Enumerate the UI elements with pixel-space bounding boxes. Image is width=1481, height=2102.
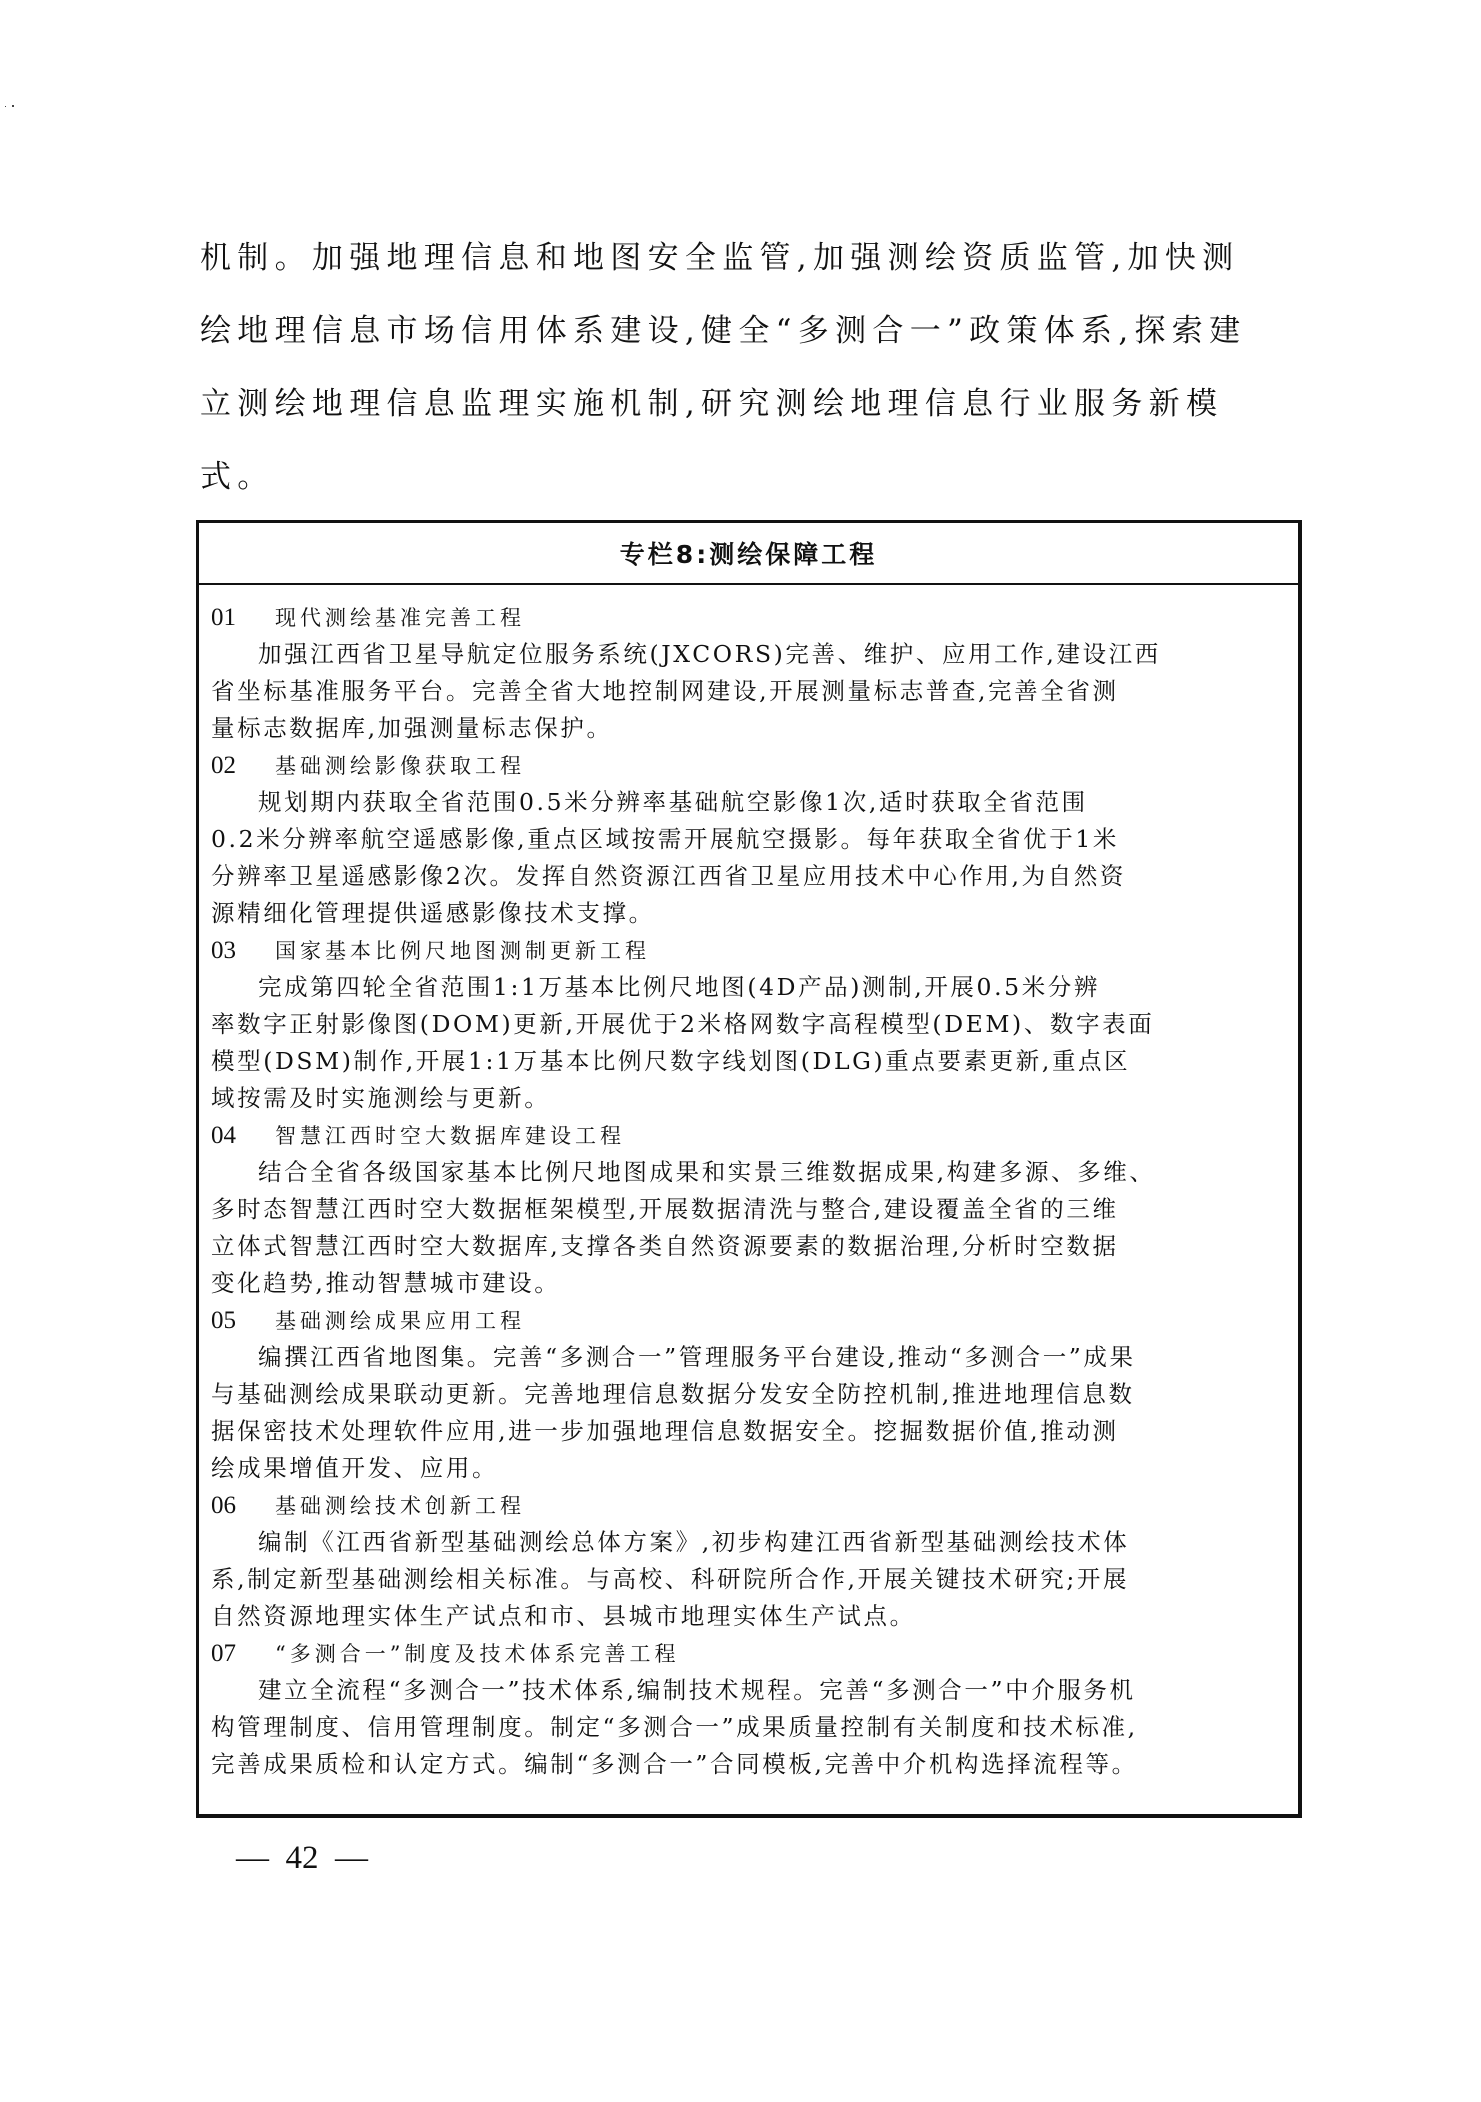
section-text-line: 编制《江西省新型基础测绘总体方案》,初步构建江西省新型基础测绘技术体 [211, 1524, 1286, 1561]
section-text-line: 构管理制度、信用管理制度。制定“多测合一”成果质量控制有关制度和技术标准, [211, 1709, 1286, 1746]
section-number: 01 [211, 599, 275, 636]
section-text-line: 完成第四轮全省范围1:1万基本比例尺地图(4D产品)测制,开展0.5米分辨 [211, 969, 1286, 1006]
section-03: 03国家基本比例尺地图测制更新工程 完成第四轮全省范围1:1万基本比例尺地图(4… [211, 932, 1286, 1117]
section-heading: 02基础测绘影像获取工程 [211, 747, 1286, 784]
section-05: 05基础测绘成果应用工程 编撰江西省地图集。完善“多测合一”管理服务平台建设,推… [211, 1302, 1286, 1487]
section-title: “多测合一”制度及技术体系完善工程 [275, 1642, 679, 1666]
section-text-line: 0.2米分辨率航空遥感影像,重点区域按需开展航空摄影。每年获取全省优于1米 [211, 821, 1286, 858]
section-text-line: 源精细化管理提供遥感影像技术支撑。 [211, 895, 1286, 932]
intro-line: 绘地理信息市场信用体系建设,健全“多测合一”政策体系,探索建 [200, 295, 1305, 368]
intro-line: 式。 [200, 441, 1305, 514]
section-heading: 03国家基本比例尺地图测制更新工程 [211, 932, 1286, 969]
section-07: 07“多测合一”制度及技术体系完善工程 建立全流程“多测合一”技术体系,编制技术… [211, 1635, 1286, 1783]
section-text-line: 率数字正射影像图(DOM)更新,开展优于2米格网数字高程模型(DEM)、数字表面 [211, 1006, 1286, 1043]
section-text-line: 多时态智慧江西时空大数据框架模型,开展数据清洗与整合,建设覆盖全省的三维 [211, 1191, 1286, 1228]
section-06: 06基础测绘技术创新工程 编制《江西省新型基础测绘总体方案》,初步构建江西省新型… [211, 1487, 1286, 1635]
section-heading: 07“多测合一”制度及技术体系完善工程 [211, 1635, 1286, 1672]
section-number: 05 [211, 1302, 275, 1339]
section-title: 基础测绘影像获取工程 [275, 754, 525, 778]
section-text-line: 域按需及时实施测绘与更新。 [211, 1080, 1286, 1117]
section-01: 01现代测绘基准完善工程 加强江西省卫星导航定位服务系统(JXCORS)完善、维… [211, 599, 1286, 747]
section-04: 04智慧江西时空大数据库建设工程 结合全省各级国家基本比例尺地图成果和实景三维数… [211, 1117, 1286, 1302]
section-text-line: 结合全省各级国家基本比例尺地图成果和实景三维数据成果,构建多源、多维、 [211, 1154, 1286, 1191]
section-text-line: 编撰江西省地图集。完善“多测合一”管理服务平台建设,推动“多测合一”成果 [211, 1339, 1286, 1376]
section-number: 04 [211, 1117, 275, 1154]
section-heading: 05基础测绘成果应用工程 [211, 1302, 1286, 1339]
section-title: 国家基本比例尺地图测制更新工程 [275, 939, 650, 963]
intro-line: 机制。加强地理信息和地图安全监管,加强测绘资质监管,加快测 [200, 222, 1305, 295]
section-text-line: 绘成果增值开发、应用。 [211, 1450, 1286, 1487]
section-text-line: 与基础测绘成果联动更新。完善地理信息数据分发安全防控机制,推进地理信息数 [211, 1376, 1286, 1413]
section-text-line: 建立全流程“多测合一”技术体系,编制技术规程。完善“多测合一”中介服务机 [211, 1672, 1286, 1709]
section-02: 02基础测绘影像获取工程 规划期内获取全省范围0.5米分辨率基础航空影像1次,适… [211, 747, 1286, 932]
section-text-line: 加强江西省卫星导航定位服务系统(JXCORS)完善、维护、应用工作,建设江西 [211, 636, 1286, 673]
scan-speck [5, 106, 6, 107]
box-body: 01现代测绘基准完善工程 加强江西省卫星导航定位服务系统(JXCORS)完善、维… [199, 585, 1298, 1783]
section-title: 基础测绘技术创新工程 [275, 1494, 525, 1518]
section-text-line: 自然资源地理实体生产试点和市、县城市地理实体生产试点。 [211, 1598, 1286, 1635]
section-text-line: 系,制定新型基础测绘相关标准。与高校、科研院所合作,开展关键技术研究;开展 [211, 1561, 1286, 1598]
section-number: 07 [211, 1635, 275, 1672]
section-number: 02 [211, 747, 275, 784]
section-text-line: 据保密技术处理软件应用,进一步加强地理信息数据安全。挖掘数据价值,推动测 [211, 1413, 1286, 1450]
special-column-box: 专栏8:测绘保障工程 01现代测绘基准完善工程 加强江西省卫星导航定位服务系统(… [196, 520, 1302, 1818]
section-heading: 01现代测绘基准完善工程 [211, 599, 1286, 636]
section-text-line: 省坐标基准服务平台。完善全省大地控制网建设,开展测量标志普查,完善全省测 [211, 673, 1286, 710]
section-number: 03 [211, 932, 275, 969]
scan-speck [12, 105, 14, 107]
box-title: 专栏8:测绘保障工程 [199, 523, 1298, 585]
page-number: — 42 — [236, 1840, 368, 1877]
section-text-line: 立体式智慧江西时空大数据库,支撑各类自然资源要素的数据治理,分析时空数据 [211, 1228, 1286, 1265]
intro-line: 立测绘地理信息监理实施机制,研究测绘地理信息行业服务新模 [200, 368, 1305, 441]
section-title: 基础测绘成果应用工程 [275, 1309, 525, 1333]
section-title: 智慧江西时空大数据库建设工程 [275, 1124, 625, 1148]
section-heading: 06基础测绘技术创新工程 [211, 1487, 1286, 1524]
section-text-line: 量标志数据库,加强测量标志保护。 [211, 710, 1286, 747]
section-text-line: 完善成果质检和认定方式。编制“多测合一”合同模板,完善中介机构选择流程等。 [211, 1746, 1286, 1783]
section-title: 现代测绘基准完善工程 [275, 606, 525, 630]
intro-paragraph: 机制。加强地理信息和地图安全监管,加强测绘资质监管,加快测 绘地理信息市场信用体… [200, 222, 1305, 514]
section-heading: 04智慧江西时空大数据库建设工程 [211, 1117, 1286, 1154]
section-text-line: 分辨率卫星遥感影像2次。发挥自然资源江西省卫星应用技术中心作用,为自然资 [211, 858, 1286, 895]
section-text-line: 变化趋势,推动智慧城市建设。 [211, 1265, 1286, 1302]
section-number: 06 [211, 1487, 275, 1524]
section-text-line: 规划期内获取全省范围0.5米分辨率基础航空影像1次,适时获取全省范围 [211, 784, 1286, 821]
section-text-line: 模型(DSM)制作,开展1:1万基本比例尺数字线划图(DLG)重点要素更新,重点… [211, 1043, 1286, 1080]
